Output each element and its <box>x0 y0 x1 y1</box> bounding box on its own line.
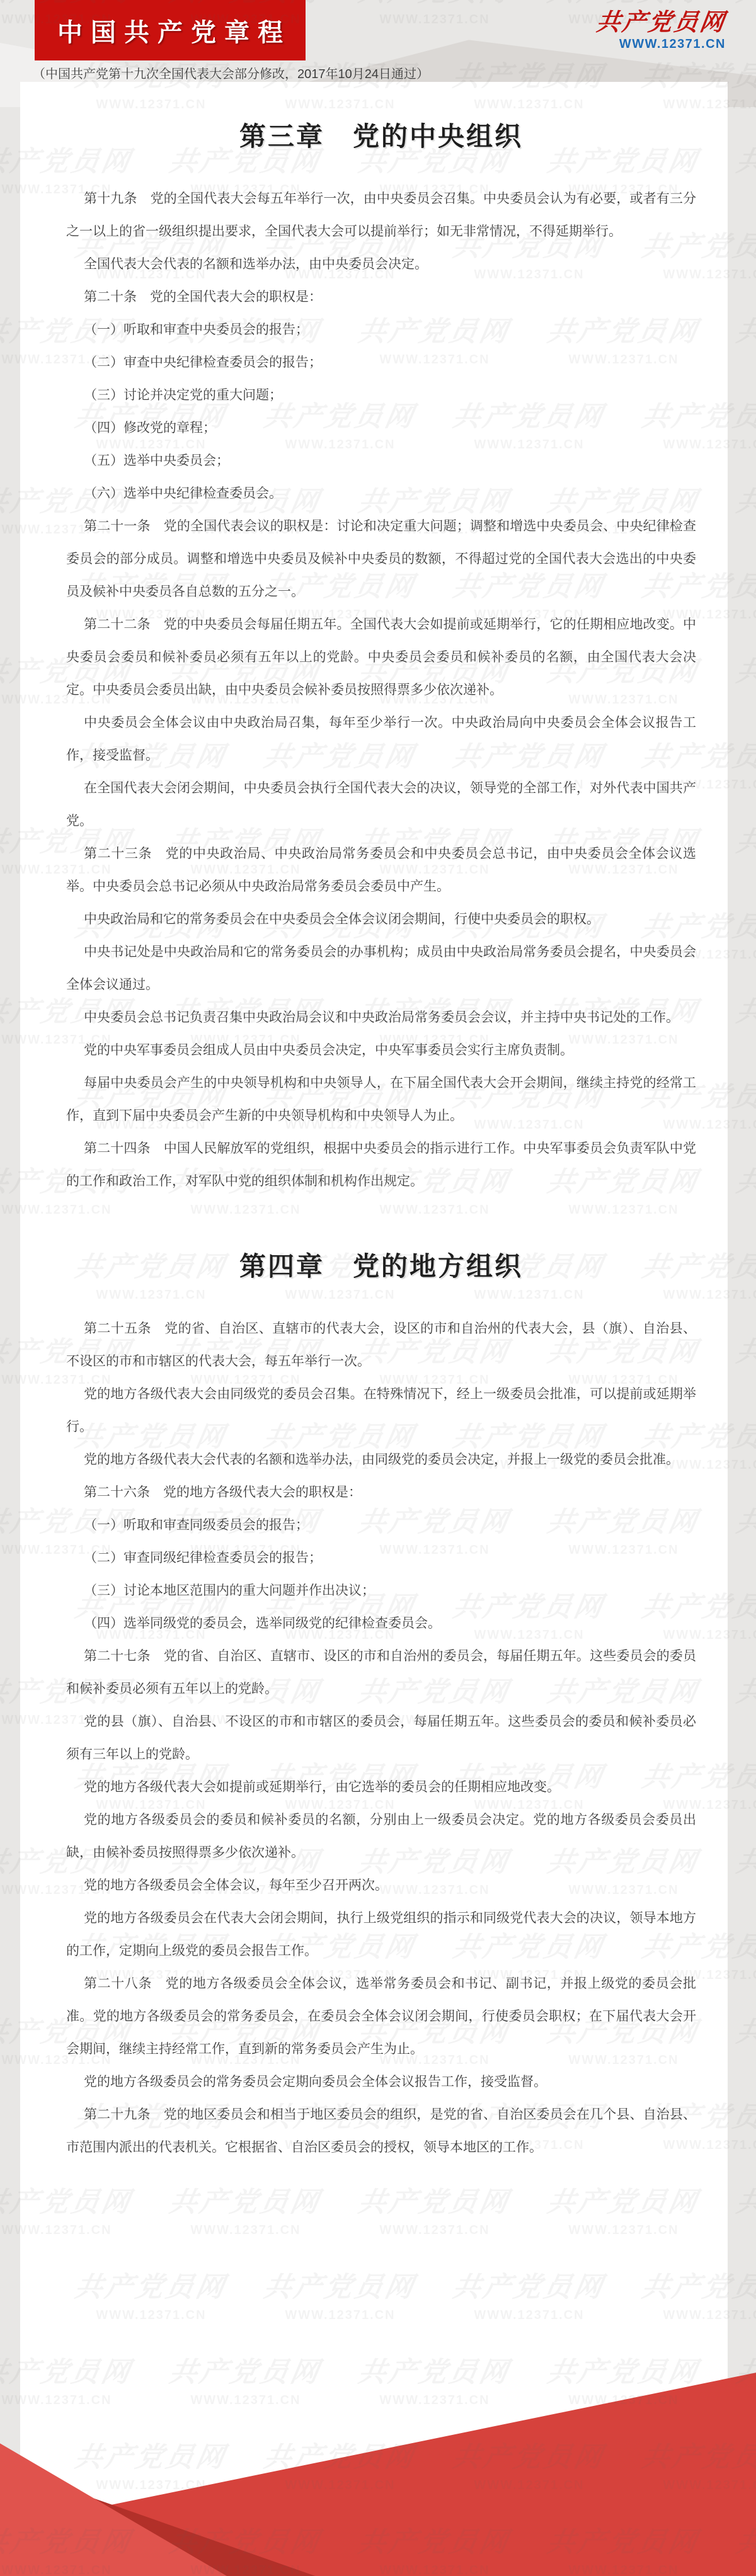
document-title: 中国共产党章程 <box>49 13 291 48</box>
paragraph: 第二十一条 党的全国代表会议的职权是：讨论和决定重大问题；调整和增选中央委员会、… <box>66 510 696 608</box>
paragraph: （四）修改党的章程； <box>66 412 696 445</box>
paragraph: 中央政治局和它的常务委员会在中央委员会全体会议闭会期间，行使中央委员会的职权。 <box>66 903 696 936</box>
paragraph: （一）听取和审查中央委员会的报告； <box>66 314 696 346</box>
site-logo-calligraphy-icon: 共产党员网 <box>595 9 728 35</box>
paragraph: （三）讨论并决定党的重大问题； <box>66 379 696 412</box>
page: 中国共产党章程 （中国共产党第十九次全国代表大会部分修改，2017年10月24日… <box>0 0 756 2576</box>
document-subtitle: （中国共产党第十九次全国代表大会部分修改，2017年10月24日通过） <box>33 64 429 82</box>
paragraph: 第二十八条 党的地方各级委员会全体会议，选举常务委员会和书记、副书记，并报上级党… <box>66 1968 696 2066</box>
paragraph: （五）选举中央委员会； <box>66 445 696 477</box>
paragraph: （二）审查同级纪律检查委员会的报告； <box>66 1542 696 1575</box>
paragraph: （二）审查中央纪律检查委员会的报告； <box>66 346 696 379</box>
paragraph: 党的地方各级代表大会如提前或延期举行，由它选举的委员会的任期相应地改变。 <box>66 1771 696 1804</box>
watermark-tile: 共产党员网WWW.12371.CN <box>340 0 529 27</box>
paragraph: 党的地方各级委员会在代表大会闭会期间，执行上级党组织的指示和同级党代表大会的决议… <box>66 1902 696 1968</box>
paragraph: 每届中央委员会产生的中央领导机构和中央领导人，在下届全国代表大会开会期间，继续主… <box>66 1067 696 1132</box>
paragraph: 党的地方各级委员会的常务委员会定期向委员会全体会议报告工作，接受监督。 <box>66 2066 696 2099</box>
watermark-url: WWW.12371.CN <box>340 13 529 27</box>
site-logo-url: WWW.12371.CN <box>597 37 726 51</box>
paragraph: 中央委员会总书记负责召集中央政治局会议和中央政治局常务委员会会议，并主持中央书记… <box>66 1001 696 1034</box>
paragraph: 第十九条 党的全国代表大会每五年举行一次，由中央委员会召集。中央委员会认为有必要… <box>66 183 696 248</box>
chapter-2: 第四章 党的地方组织第二十五条 党的省、自治区、直辖市的代表大会，设区的市和自治… <box>66 1251 696 2164</box>
paragraph: 第二十五条 党的省、自治区、直辖市的代表大会，设区的市和自治州的代表大会，县（旗… <box>66 1313 696 1378</box>
paragraph: （六）选举中央纪律检查委员会。 <box>66 477 696 510</box>
paragraph: 党的地方各级代表大会由同级党的委员会召集。在特殊情况下，经上一级委员会批准，可以… <box>66 1378 696 1444</box>
paragraph: 第二十条 党的全国代表大会的职权是： <box>66 281 696 314</box>
paragraph: （一）听取和审查同级委员会的报告； <box>66 1509 696 1542</box>
paragraph: 党的地方各级委员会全体会议，每年至少召开两次。 <box>66 1869 696 1902</box>
paragraph: 党的地方各级委员会的委员和候补委员的名额，分别由上一级委员会决定。党的地方各级委… <box>66 1804 696 1869</box>
paragraph: （三）讨论本地区范围内的重大问题并作出决议； <box>66 1575 696 1607</box>
paragraph: 第二十九条 党的地区委员会和相当于地区委员会的组织，是党的省、自治区委员会在几个… <box>66 2099 696 2164</box>
paragraph: 全国代表大会代表的名额和选举办法，由中央委员会决定。 <box>66 248 696 281</box>
paragraph: 中央委员会全体会议由中央政治局召集，每年至少举行一次。中央政治局向中央委员会全体… <box>66 707 696 772</box>
paragraph: 第二十三条 党的中央政治局、中央政治局常务委员会和中央委员会总书记，由中央委员会… <box>66 838 696 903</box>
title-banner: 中国共产党章程 <box>35 0 306 60</box>
paragraph: 第二十二条 党的中央委员会每届任期五年。全国代表大会如提前或延期举行，它的任期相… <box>66 608 696 707</box>
chapter-title: 第四章 党的地方组织 <box>66 1251 696 1282</box>
paragraph: 党的中央军事委员会组成人员由中央委员会决定，中央军事委员会实行主席负责制。 <box>66 1034 696 1067</box>
document-body: 第三章 党的中央组织第十九条 党的全国代表大会每五年举行一次，由中央委员会召集。… <box>66 121 696 2164</box>
paragraph: 党的地方各级代表大会代表的名额和选举办法，由同级党的委员会决定，并报上一级党的委… <box>66 1444 696 1476</box>
paragraph: 党的县（旗）、自治县、不设区的市和市辖区的委员会，每届任期五年。这些委员会的委员… <box>66 1706 696 1771</box>
paragraph: 第二十七条 党的省、自治区、直辖市、设区的市和自治州的委员会，每届任期五年。这些… <box>66 1640 696 1706</box>
paragraph: 第二十六条 党的地方各级代表大会的职权是： <box>66 1476 696 1509</box>
watermark-logo-icon: 共产党员网 <box>336 0 532 9</box>
chapter-title: 第三章 党的中央组织 <box>66 121 696 152</box>
paragraph: 中央书记处是中央政治局和它的常务委员会的办事机构；成员由中央政治局常务委员会提名… <box>66 936 696 1001</box>
site-logo: 共产党员网 WWW.12371.CN <box>597 9 726 51</box>
paragraph: 第二十四条 中国人民解放军的党组织，根据中央委员会的指示进行工作。中央军事委员会… <box>66 1132 696 1198</box>
paragraph: （四）选举同级党的委员会，选举同级党的纪律检查委员会。 <box>66 1607 696 1640</box>
paragraph: 在全国代表大会闭会期间，中央委员会执行全国代表大会的决议，领导党的全部工作，对外… <box>66 772 696 838</box>
chapter-1: 第三章 党的中央组织第十九条 党的全国代表大会每五年举行一次，由中央委员会召集。… <box>66 121 696 1198</box>
